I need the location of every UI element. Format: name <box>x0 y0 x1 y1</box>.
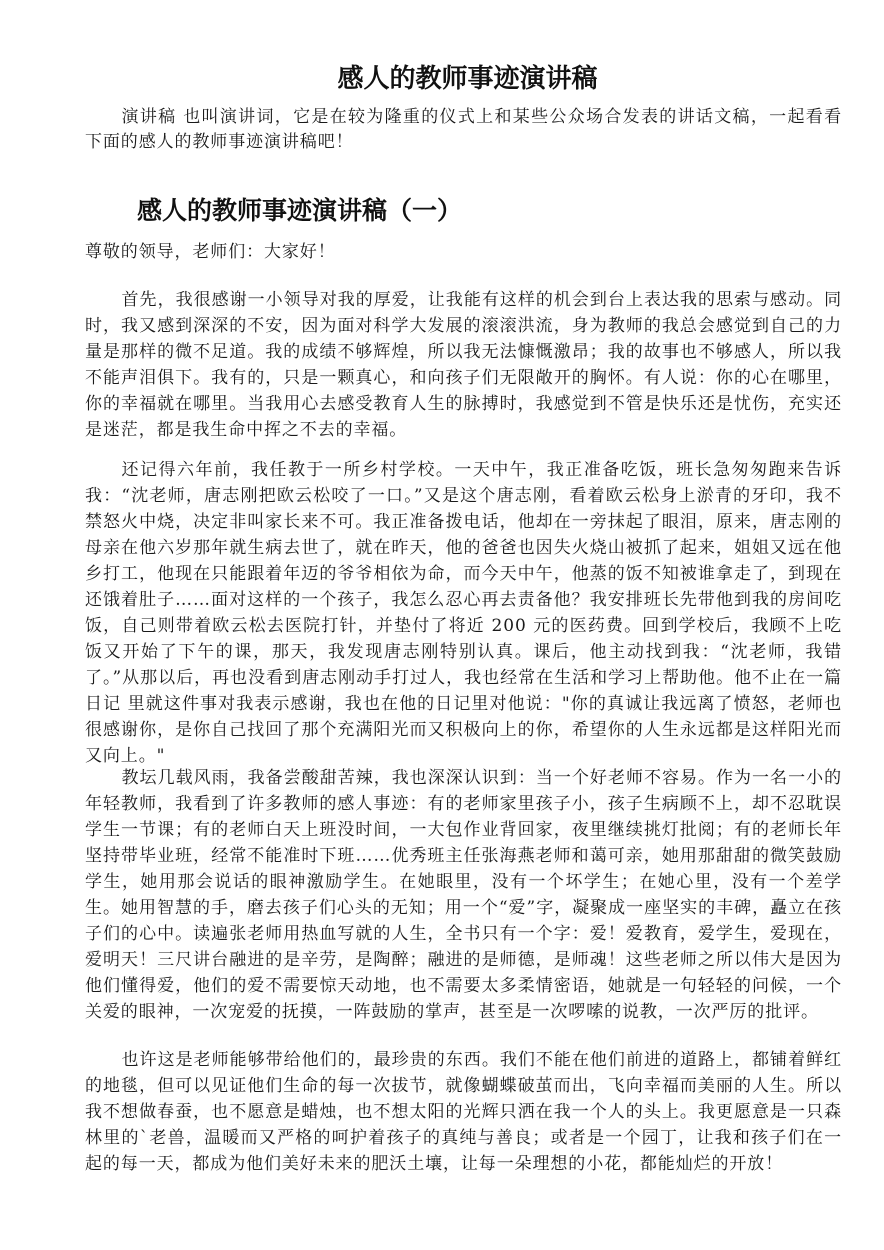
greeting-line: 尊敬的领导，老师们：大家好！ <box>85 240 336 265</box>
body-paragraph-2: 还记得六年前，我任教于一所乡村学校。一天中午，我正准备吃饭，班长急匆匆跑来告诉我… <box>85 457 842 769</box>
body-paragraph-1: 首先，我很感谢一小领导对我的厚爱，让我能有这样的机会到台上表达我的思索与感动。同… <box>85 287 842 443</box>
intro-paragraph: 演讲稿 也叫演讲词，它是在较为隆重的仪式上和某些公众场合发表的讲话文稿，一起看看… <box>85 105 842 155</box>
body-paragraph-3: 教坛几载风雨，我备尝酸甜苦辣，我也深深认识到：当一个好老师不容易。作为一名一小的… <box>85 765 842 1025</box>
section-title: 感人的教师事迹演讲稿（一） <box>137 194 462 228</box>
body-paragraph-4: 也许这是老师能够带给他们的，最珍贵的东西。我们不能在他们前进的道路上，都铺着鲜红… <box>85 1047 842 1177</box>
document-title: 感人的教师事迹演讲稿 <box>85 62 842 96</box>
